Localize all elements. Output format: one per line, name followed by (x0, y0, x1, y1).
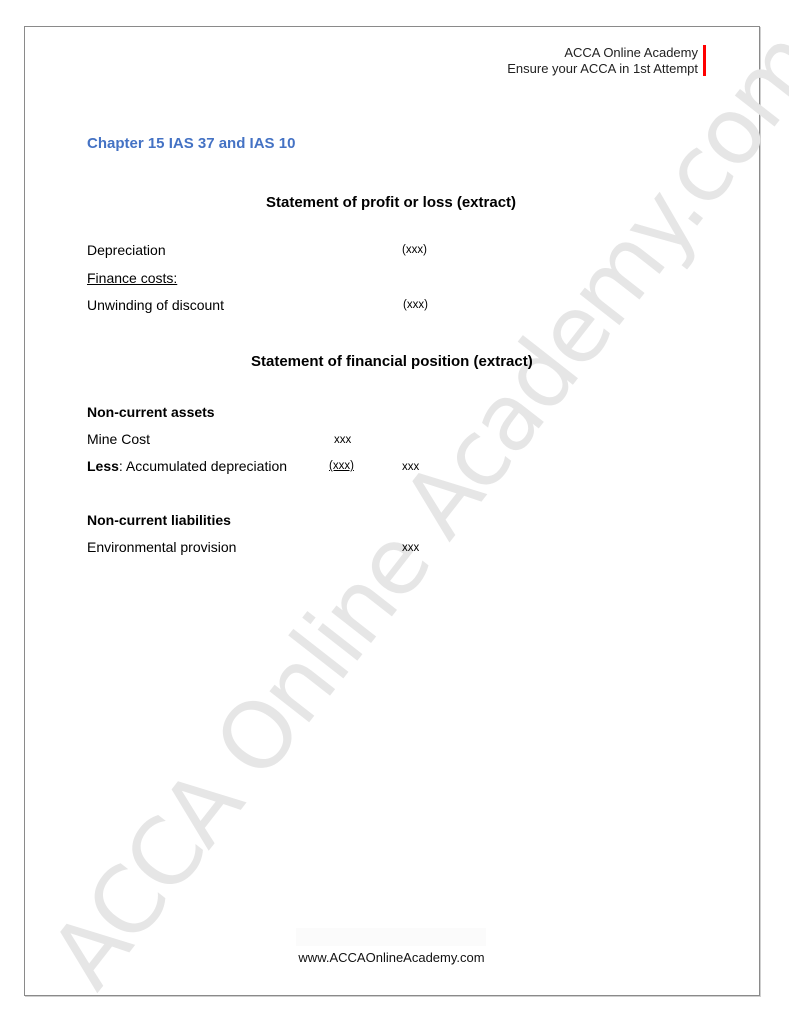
fp-row-label: Less: Accumulated depreciation (87, 458, 287, 474)
fp-row-value: xxx (402, 542, 419, 554)
pl-row-label: Finance costs: (87, 270, 177, 286)
financial-position-title: Statement of financial position (extract… (251, 353, 533, 370)
accumulated-depreciation-label: : Accumulated depreciation (119, 458, 287, 474)
pl-row-label: Depreciation (87, 242, 166, 258)
section-heading: Non-current liabilities (87, 512, 231, 528)
fp-row-value: xxx (334, 434, 351, 446)
section-heading: Non-current assets (87, 404, 215, 420)
pl-row-value: (xxx) (403, 299, 428, 311)
page-footer: www.ACCAOnlineAcademy.com (0, 950, 789, 965)
profit-or-loss-title: Statement of profit or loss (extract) (266, 194, 516, 211)
chapter-title: Chapter 15 IAS 37 and IAS 10 (87, 135, 295, 152)
header-accent-bar (703, 45, 706, 76)
fp-row-label: Mine Cost (87, 431, 150, 447)
fp-row-net-value: xxx (402, 461, 419, 473)
pl-row-label: Unwinding of discount (87, 297, 224, 313)
footer-url: www.ACCAOnlineAcademy.com (298, 950, 484, 965)
header-academy-name: ACCA Online Academy (507, 45, 698, 61)
pl-row-value: (xxx) (402, 244, 427, 256)
footer-shade (296, 928, 486, 946)
page-header: ACCA Online Academy Ensure your ACCA in … (507, 45, 698, 77)
header-tagline: Ensure your ACCA in 1st Attempt (507, 61, 698, 77)
fp-row-label: Environmental provision (87, 539, 236, 555)
fp-row-value: (xxx) (329, 460, 354, 472)
less-label: Less (87, 458, 119, 474)
